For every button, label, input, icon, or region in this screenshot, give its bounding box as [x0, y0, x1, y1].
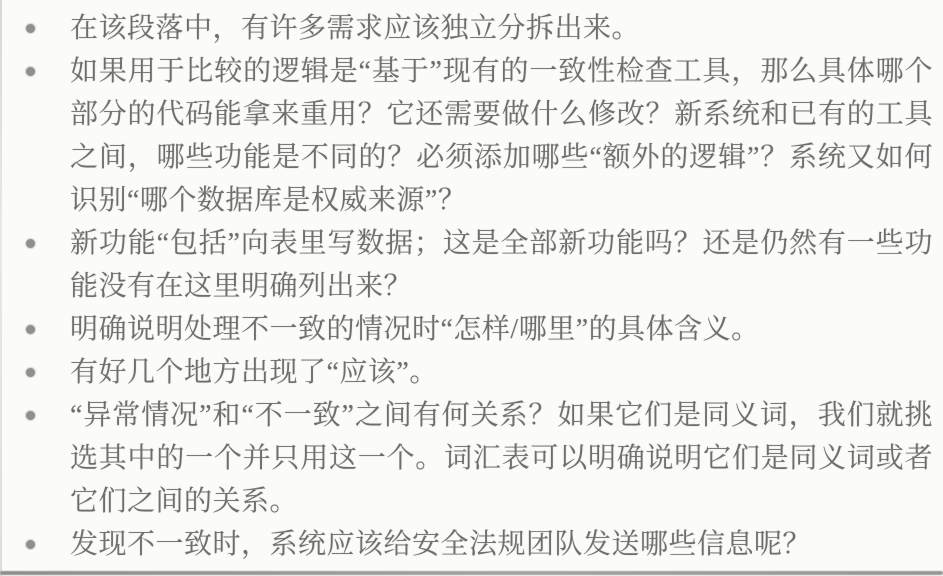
bullet-icon [26, 368, 35, 377]
list-item: 发现不一致时，系统应该给安全法规团队发送哪些信息呢？ [70, 523, 933, 566]
bullet-icon [26, 325, 35, 334]
list-item: 明确说明处理不一致的情况时“怎样/哪里”的具体含义。 [70, 308, 933, 351]
list-item: “异常情况”和“不一致”之间有何关系？如果它们是同义词，我们就挑选其中的一个并只… [70, 394, 933, 523]
left-edge-scan-line [0, 0, 2, 576]
list-item: 在该段落中，有许多需求应该独立分拆出来。 [70, 7, 933, 50]
list-item-text: “异常情况”和“不一致”之间有何关系？如果它们是同义词，我们就挑选其中的一个并只… [70, 394, 933, 523]
page-bottom-rule [0, 571, 943, 575]
bullet-icon [26, 67, 35, 76]
list-item: 新功能“包括”向表里写数据；这是全部新功能吗？还是仍然有一些功能没有在这里明确列… [70, 222, 933, 308]
list-item-text: 在该段落中，有许多需求应该独立分拆出来。 [70, 7, 933, 50]
list-item-text: 明确说明处理不一致的情况时“怎样/哪里”的具体含义。 [70, 308, 933, 351]
list-item-text: 如果用于比较的逻辑是“基于”现有的一致性检查工具，那么具体哪个部分的代码能拿来重… [70, 50, 933, 222]
list-item-text: 新功能“包括”向表里写数据；这是全部新功能吗？还是仍然有一些功能没有在这里明确列… [70, 222, 933, 308]
bullet-icon [26, 24, 35, 33]
bullet-icon [26, 239, 35, 248]
list-item: 如果用于比较的逻辑是“基于”现有的一致性检查工具，那么具体哪个部分的代码能拿来重… [70, 50, 933, 222]
bullet-icon [26, 411, 35, 420]
bullet-icon [26, 540, 35, 549]
list-item-text: 发现不一致时，系统应该给安全法规团队发送哪些信息呢？ [70, 523, 933, 566]
bullet-list: 在该段落中，有许多需求应该独立分拆出来。 如果用于比较的逻辑是“基于”现有的一致… [0, 0, 943, 566]
list-item-text: 有好几个地方出现了“应该”。 [70, 351, 933, 394]
document-page: 在该段落中，有许多需求应该独立分拆出来。 如果用于比较的逻辑是“基于”现有的一致… [0, 0, 943, 576]
list-item: 有好几个地方出现了“应该”。 [70, 351, 933, 394]
